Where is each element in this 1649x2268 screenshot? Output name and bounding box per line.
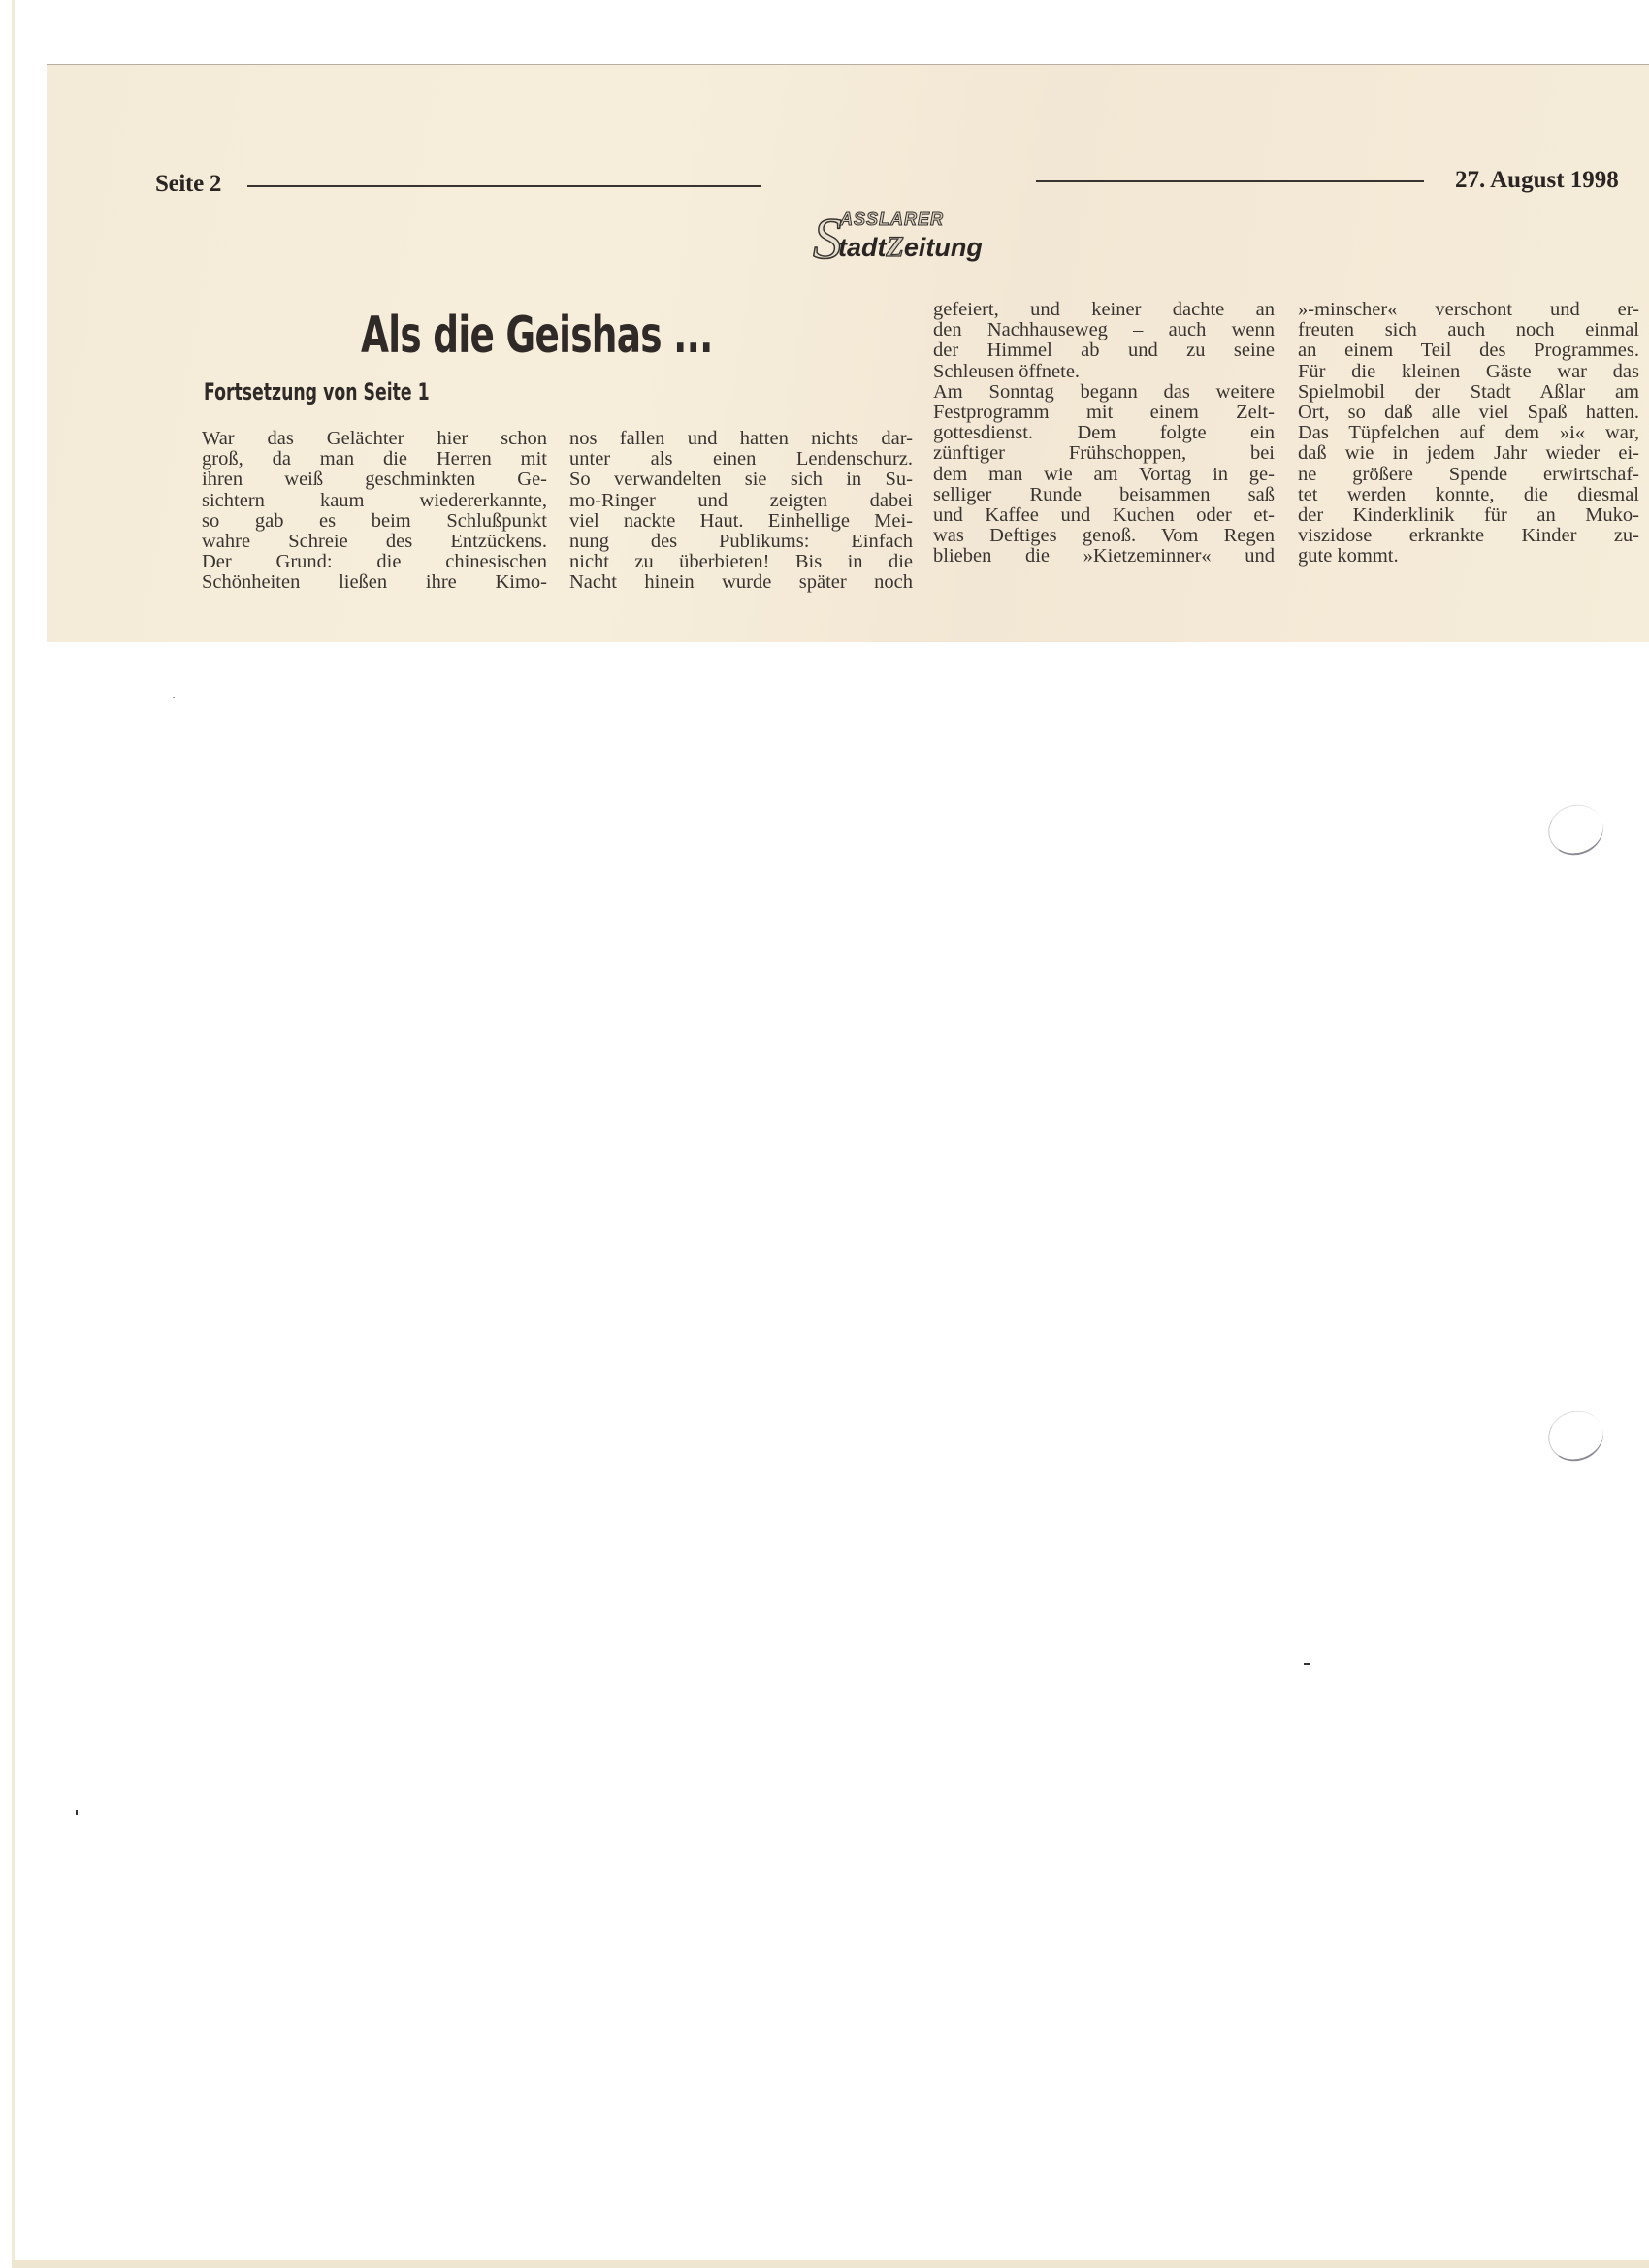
text-line: Schönheiten ließen ihre Kimo- (202, 572, 547, 593)
text-line: ne größere Spende erwirtschaf- (1298, 465, 1639, 485)
text-line: dem man wie am Vortag in ge- (933, 465, 1275, 485)
text-line: viszidose erkrankte Kinder zu- (1298, 526, 1639, 546)
page-number: Seite 2 (155, 171, 221, 198)
text-line: nung des Publikums: Einfach (569, 532, 913, 552)
text-line: sichtern kaum wiedererkannte, (202, 491, 547, 511)
text-line: So verwandelten sie sich in Su- (569, 470, 913, 490)
text-line: Schleusen öffnete. (933, 362, 1275, 382)
text-line: unter als einen Lendenschurz. (569, 449, 913, 470)
text-line: Spielmobil der Stadt Aßlar am (1298, 382, 1639, 403)
sheet-left-edge (12, 0, 15, 2268)
masthead-part-a: tadt (838, 233, 887, 262)
text-line: ihren weiß geschminkten Ge- (202, 470, 547, 490)
text-line: viel nackte Haut. Einhellige Mei- (569, 511, 913, 532)
text-line: freuten sich auch noch einmal (1298, 320, 1639, 340)
masthead-bottom-text: tadtZeitung (838, 231, 983, 264)
text-line: der Kinderklinik für an Muko- (1298, 505, 1639, 526)
article-column-2: nos fallen und hatten nichts dar- unter … (569, 429, 913, 594)
text-line: was Deftiges genoß. Vom Regen (933, 526, 1275, 546)
scan-speck (1304, 1663, 1309, 1665)
text-line: nicht zu überbieten! Bis in die (569, 552, 913, 572)
article-column-1: War das Gelächter hier schon groß, da ma… (202, 429, 547, 594)
text-line: Am Sonntag begann das weitere (933, 382, 1275, 403)
text-line: gefeiert, und keiner dachte an (933, 300, 1275, 320)
text-line: groß, da man die Herren mit (202, 449, 547, 470)
header-rule-left (247, 185, 761, 187)
text-line: zünftiger Frühschoppen, bei (933, 443, 1275, 464)
article-column-4: »-minscher« verschont und er- freuten si… (1298, 300, 1639, 567)
text-line: War das Gelächter hier schon (202, 429, 547, 449)
masthead-logo: S ASSLARER tadtZeitung (813, 208, 1036, 268)
text-line: selliger Runde beisammen saß (933, 485, 1275, 505)
masthead-part-b: eitung (904, 233, 983, 262)
text-line: gottesdienst. Dem folgte ein (933, 423, 1275, 443)
text-line: und Kaffee und Kuchen oder et- (933, 505, 1275, 526)
article-headline: Als die Geishas ... (361, 307, 713, 365)
text-line: Ort, so daß alle viel Spaß hatten. (1298, 403, 1639, 423)
text-line: Der Grund: die chinesischen (202, 552, 547, 572)
text-line: Nacht hinein wurde später noch (569, 572, 913, 593)
text-line: Festprogramm mit einem Zelt- (933, 403, 1275, 423)
text-line: daß wie in jedem Jahr wieder ei- (1298, 443, 1639, 464)
text-line: mo-Ringer und zeigten dabei (569, 491, 913, 511)
punch-hole-mark (1542, 1404, 1610, 1468)
punch-hole-mark (1542, 797, 1610, 861)
sheet-bottom-edge (12, 2260, 1649, 2268)
masthead-z: Z (887, 231, 904, 263)
text-line: an einem Teil des Programmes. (1298, 340, 1639, 361)
header-rule-right (1036, 180, 1424, 182)
text-line: so gab es beim Schlußpunkt (202, 511, 547, 532)
text-line: der Himmel ab und zu seine (933, 340, 1275, 361)
text-line: gute kommt. (1298, 546, 1639, 567)
text-line: Das Tüpfelchen auf dem »i« war, (1298, 423, 1639, 443)
text-line: nos fallen und hatten nichts dar- (569, 429, 913, 449)
article-column-3: gefeiert, und keiner dachte an den Nachh… (933, 300, 1275, 567)
scan-speck (173, 697, 175, 698)
scan-speck (76, 1810, 78, 1815)
text-line: den Nachhauseweg – auch wenn (933, 320, 1275, 340)
text-line: Für die kleinen Gäste war das (1298, 362, 1639, 382)
text-line: blieben die »Kietzeminner« und (933, 546, 1275, 567)
article-subhead: Fortsetzung von Seite 1 (204, 378, 430, 405)
masthead-top-text: ASSLARER (840, 210, 944, 230)
text-line: »-minscher« verschont und er- (1298, 300, 1639, 320)
issue-date: 27. August 1998 (1455, 167, 1619, 194)
text-line: wahre Schreie des Entzückens. (202, 532, 547, 552)
text-line: tet werden konnte, die diesmal (1298, 485, 1639, 505)
